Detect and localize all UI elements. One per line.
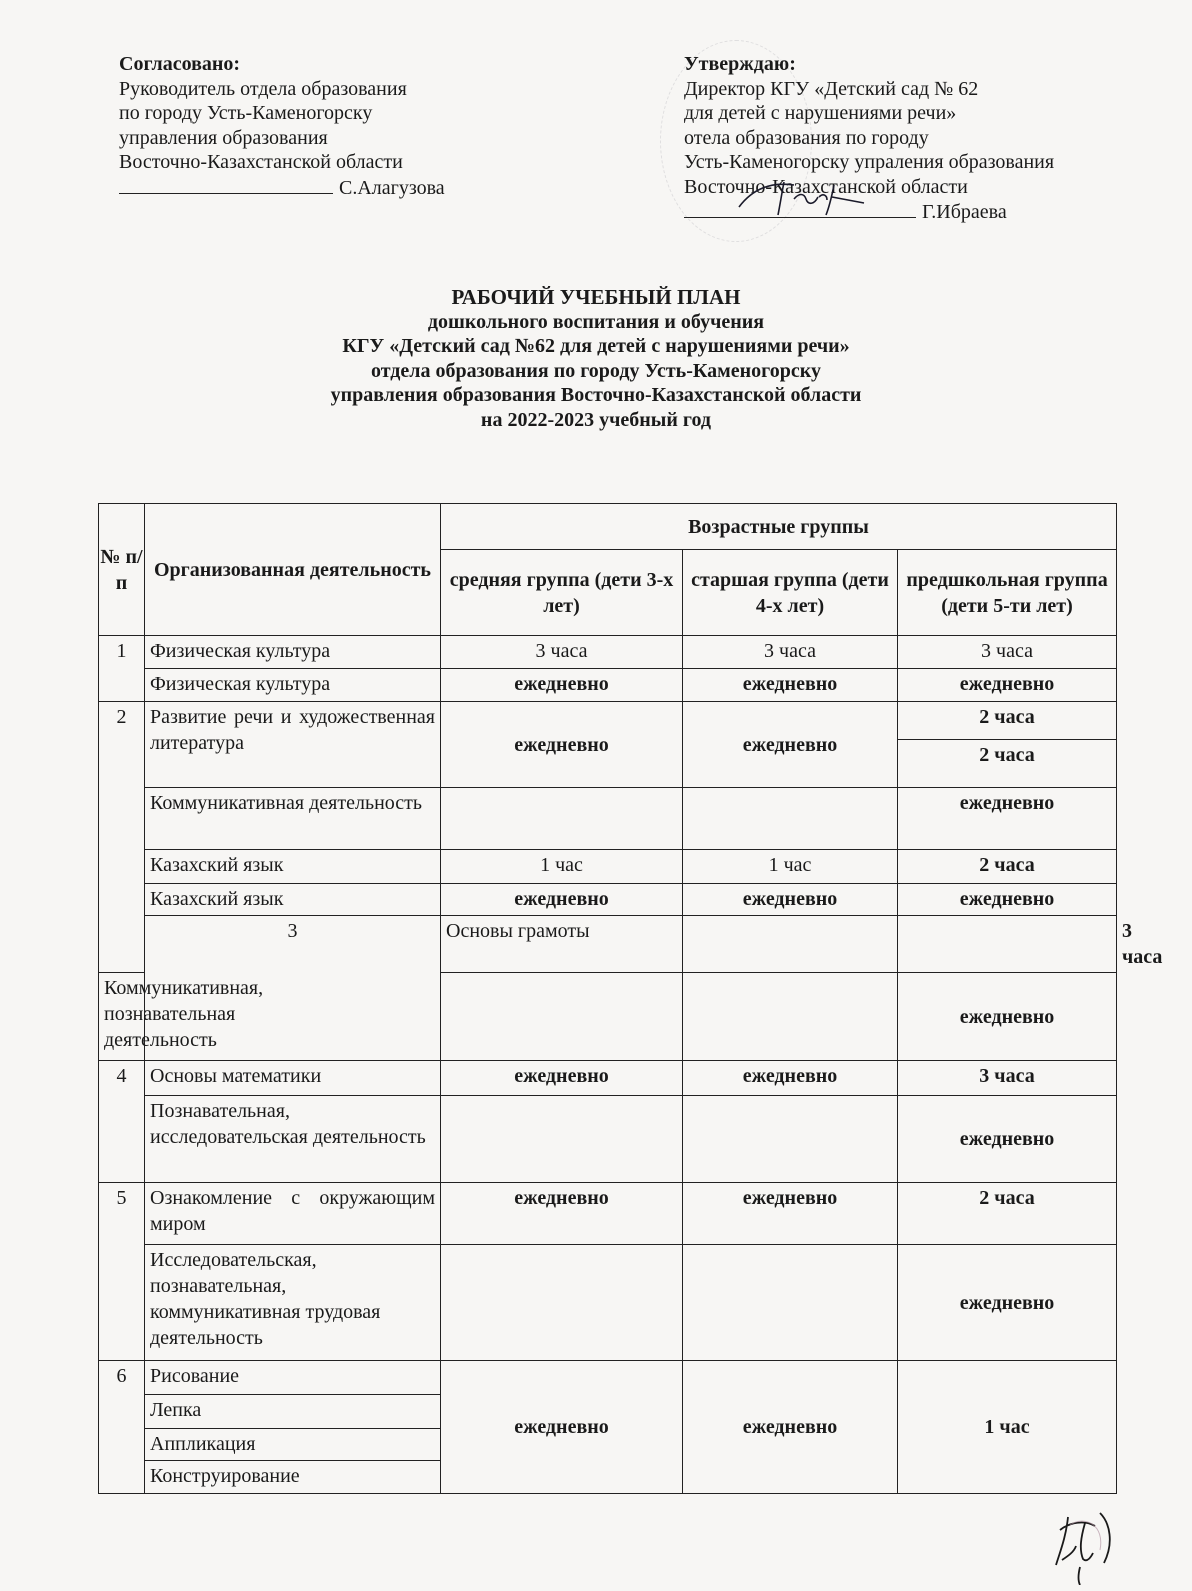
handwritten-signature-icon [734,177,874,217]
approve-line: Усть-Каменогорску упраления образования [684,150,1164,175]
agreed-line: по городу Усть-Каменогорску [119,101,499,126]
header-num: № п/п [99,504,145,636]
cell-middle: ежедневно [441,884,683,916]
table-row: 5 Ознакомление с окружающим миром ежедне… [99,1183,1117,1245]
document-subtitle-line: отдела образования по городу Усть-Камено… [0,359,1192,384]
cell-senior: ежедневно [683,669,898,702]
curriculum-table: № п/п Организованная деятельность Возрас… [98,503,1117,1494]
cell-preschool: 2 часа [898,1183,1117,1245]
cell-senior [683,1096,898,1183]
cell-middle: ежедневно [441,669,683,702]
row-activity: Развитие речи и художественная литератур… [145,702,441,788]
cell-preschool: ежедневно [898,788,1117,850]
table-row: 2 Развитие речи и художественная литерат… [99,702,1117,740]
cell-middle: 1 час [441,850,683,884]
table-row: 3 Основы грамоты 3 часа [99,916,1117,973]
cell-senior [898,916,1117,973]
cell-middle [441,1245,683,1361]
table-row: Казахский язык 1 час 1 час 2 часа [99,850,1117,884]
initials-signature-icon [1040,1505,1130,1585]
header-activity: Организованная деятельность [145,504,441,636]
approve-signatory: Г.Ибраева [922,201,1007,223]
document-subtitle-line: КГУ «Детский сад №62 для детей с нарушен… [0,334,1192,359]
cell-preschool: ежедневно [898,884,1117,916]
row-activity: Конструирование [145,1461,441,1494]
agreed-line: Восточно-Казахстанской области [119,150,499,175]
cell-preschool: 2 часа [898,740,1117,788]
cell-middle [441,973,683,1061]
approve-line: для детей с нарушениями речи» [684,101,1164,126]
cell-senior: 1 час [683,850,898,884]
cell-senior: ежедневно [683,702,898,788]
agreed-signature-line: С.Алагузова [119,175,499,201]
header-group-middle: средняя группа (дети 3-х лет) [441,550,683,636]
row-activity: Физическая культура [145,669,441,702]
agreed-line: управления образования [119,126,499,151]
row-activity: Казахский язык [145,850,441,884]
cell-senior: ежедневно [683,884,898,916]
row-num: 6 [99,1361,145,1494]
table-row: Казахский язык ежедневно ежедневно ежедн… [99,884,1117,916]
cell-middle: ежедневно [441,702,683,788]
document-subtitle-line: управления образования Восточно-Казахста… [0,383,1192,408]
header-group-senior: старшая группа (дети 4-х лет) [683,550,898,636]
cell-senior: ежедневно [683,1061,898,1096]
approve-block: Утверждаю: Директор КГУ «Детский сад № 6… [684,52,1164,225]
row-activity: Аппликация [145,1429,441,1461]
row-activity: Рисование [145,1361,441,1395]
table-row: 1 Физическая культура 3 часа 3 часа 3 ча… [99,636,1117,669]
cell-preschool: 2 часа [898,702,1117,740]
cell-senior: ежедневно [683,1361,898,1494]
table-row: 6 Рисование ежедневно ежедневно 1 час [99,1361,1117,1395]
approve-line: отела образования по городу [684,126,1164,151]
document-title: РАБОЧИЙ УЧЕБНЫЙ ПЛАН [0,285,1192,310]
row-num: 1 [99,636,145,702]
row-activity: Лепка [145,1395,441,1429]
header-age-groups: Возрастные группы [441,504,1117,550]
row-num: 2 [99,702,145,973]
approve-heading: Утверждаю: [684,52,1164,77]
row-activity: Коммуникативная деятельность [145,788,441,850]
cell-preschool: 1 час [898,1361,1117,1494]
cell-middle: 3 часа [441,636,683,669]
cell-senior [683,1245,898,1361]
cell-middle: ежедневно [441,1183,683,1245]
cell-preschool: 3 часа [898,636,1117,669]
cell-senior [683,788,898,850]
cell-preschool: ежедневно [898,1096,1117,1183]
cell-middle [441,788,683,850]
table-row: Исследовательская, познавательная, комму… [99,1245,1117,1361]
document-title-block: РАБОЧИЙ УЧЕБНЫЙ ПЛАН дошкольного воспита… [0,285,1192,432]
row-num: 5 [99,1183,145,1361]
document-subtitle-line: дошкольного воспитания и обучения [0,310,1192,335]
cell-preschool: ежедневно [898,1245,1117,1361]
row-activity: Физическая культура [145,636,441,669]
cell-middle: ежедневно [441,1061,683,1096]
agreed-block: Согласовано: Руководитель отдела образов… [119,52,499,200]
agreed-signatory: С.Алагузова [339,177,445,199]
row-activity: Коммуникативная, познавательная деятельн… [99,973,145,1061]
row-num: 4 [99,1061,145,1183]
cell-middle [683,916,898,973]
approve-line: Директор КГУ «Детский сад № 62 [684,77,1164,102]
cell-middle: ежедневно [441,1361,683,1494]
row-activity: Ознакомление с окружающим миром [145,1183,441,1245]
row-activity: Основы математики [145,1061,441,1096]
cell-preschool: 2 часа [898,850,1117,884]
cell-preschool: 3 часа [898,1061,1117,1096]
row-activity: Основы грамоты [441,916,683,973]
row-activity: Казахский язык [145,884,441,916]
cell-senior [683,973,898,1061]
approve-signature-line: Г.Ибраева [684,199,1164,225]
signature-blank [119,175,333,194]
table-row: 4 Основы математики ежедневно ежедневно … [99,1061,1117,1096]
header-group-preschool: предшкольная группа (дети 5-ти лет) [898,550,1117,636]
table-row: Коммуникативная деятельность ежедневно [99,788,1117,850]
cell-middle [441,1096,683,1183]
signature-blank [684,199,916,218]
row-activity: Исследовательская, познавательная, комму… [145,1245,441,1361]
row-activity: Познавательная, исследовательская деятел… [145,1096,441,1183]
cell-senior: 3 часа [683,636,898,669]
cell-senior: ежедневно [683,1183,898,1245]
document-subtitle-line: на 2022-2023 учебный год [0,408,1192,433]
agreed-heading: Согласовано: [119,52,499,77]
cell-preschool: ежедневно [898,669,1117,702]
table-row: Физическая культура ежедневно ежедневно … [99,669,1117,702]
cell-preschool: ежедневно [898,973,1117,1061]
table-row: Познавательная, исследовательская деятел… [99,1096,1117,1183]
agreed-line: Руководитель отдела образования [119,77,499,102]
